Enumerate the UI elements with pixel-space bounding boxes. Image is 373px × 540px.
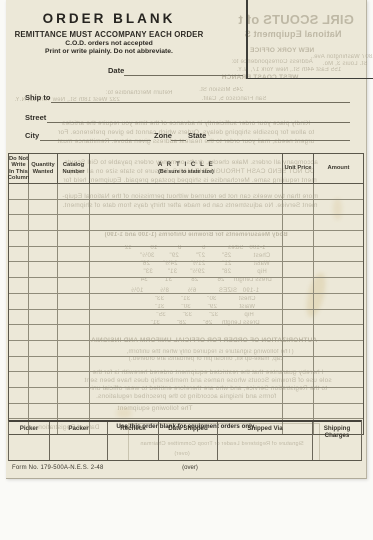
order-table-empty-row — [9, 325, 363, 341]
order-table-cell — [314, 231, 363, 246]
column-header-quantity: Quantity Wanted — [29, 154, 58, 183]
order-table-cell — [283, 278, 314, 293]
order-table-cell — [29, 231, 58, 246]
order-table-cell — [9, 372, 29, 387]
column-header-unit-price: Unit Price — [283, 154, 314, 183]
order-table-cell — [58, 262, 90, 277]
shipping-table: Picker Packer Recheck Date Shipped Shipp… — [8, 420, 362, 461]
order-table-cell — [9, 325, 29, 340]
order-table-cell — [58, 294, 90, 309]
order-table-cell — [58, 388, 90, 403]
order-table-body: Use this order blank for equipment order… — [9, 184, 363, 434]
order-table-cell — [314, 388, 363, 403]
order-table-cell — [29, 404, 58, 419]
order-table-cell — [58, 247, 90, 262]
order-table-cell — [9, 184, 29, 199]
order-table-cell — [9, 388, 29, 403]
order-table-cell — [29, 357, 58, 372]
order-table-cell — [283, 247, 314, 262]
order-table-cell — [314, 247, 363, 262]
order-table-empty-row — [9, 357, 363, 373]
order-table-cell — [314, 404, 363, 419]
shipping-column-picker: Picker — [9, 422, 50, 460]
date-label: Date — [108, 66, 124, 75]
order-table-cell — [29, 200, 58, 215]
order-table-cell — [90, 404, 283, 419]
order-table-cell — [283, 215, 314, 230]
order-table-cell — [58, 341, 90, 356]
order-table-cell — [58, 404, 90, 419]
order-table-cell — [283, 341, 314, 356]
order-table-cell — [283, 404, 314, 419]
order-table-cell — [58, 215, 90, 230]
order-table-cell — [9, 215, 29, 230]
order-table-cell — [90, 357, 283, 372]
order-table-empty-row — [9, 388, 363, 404]
form-title: ORDER BLANK — [0, 11, 218, 26]
order-table-cell — [90, 372, 283, 387]
order-table-cell — [9, 247, 29, 262]
order-table-cell — [90, 262, 283, 277]
article-header-sub: (Be sure to state size) — [158, 169, 214, 175]
order-table-cell — [314, 372, 363, 387]
order-table-cell — [90, 215, 283, 230]
order-table-empty-row — [9, 184, 363, 200]
order-table-cell — [314, 184, 363, 199]
order-table-empty-row — [9, 294, 363, 310]
order-table-empty-row — [9, 200, 363, 216]
order-table-cell — [58, 310, 90, 325]
order-table-cell — [29, 184, 58, 199]
order-table-cell — [314, 278, 363, 293]
print-plainly-notice: Print or write plainly. Do not abbreviat… — [0, 48, 218, 55]
column-header-article: A R T I C L E (Be sure to state size) — [90, 154, 283, 183]
order-table-cell — [9, 341, 29, 356]
order-table-cell — [283, 310, 314, 325]
order-table-cell — [29, 388, 58, 403]
order-table-cell — [283, 200, 314, 215]
order-table-cell — [283, 294, 314, 309]
order-table-cell — [58, 357, 90, 372]
order-table-cell — [29, 341, 58, 356]
column-header-amount: Amount — [314, 154, 363, 183]
cod-notice: C.O.D. orders not accepted — [0, 40, 218, 47]
order-table-cell — [283, 372, 314, 387]
order-table-cell — [314, 262, 363, 277]
order-table-cell — [283, 184, 314, 199]
order-table-cell — [29, 215, 58, 230]
shipping-column-shipped-via: Shipped Via — [218, 422, 313, 460]
order-table-empty-row — [9, 372, 363, 388]
order-table-header: Do Not Write In This Column Quantity Wan… — [9, 154, 363, 184]
order-table-cell — [58, 231, 90, 246]
order-table-cell — [90, 310, 283, 325]
order-table-cell — [283, 231, 314, 246]
overlapping-sheet-corner-mark-horizontal — [246, 78, 373, 80]
order-table-cell — [314, 200, 363, 215]
order-table-cell — [314, 294, 363, 309]
order-table-cell — [9, 278, 29, 293]
order-table-empty-row — [9, 247, 363, 263]
order-table-cell — [58, 278, 90, 293]
ship-to-blank-line — [51, 101, 350, 103]
overlapping-sheet-corner-mark-vertical — [246, 0, 248, 79]
order-table-cell — [90, 278, 283, 293]
order-table-cell — [314, 357, 363, 372]
order-table-cell — [314, 310, 363, 325]
order-table-cell — [9, 262, 29, 277]
order-table-cell — [9, 294, 29, 309]
order-table-cell — [29, 372, 58, 387]
order-table-cell — [90, 294, 283, 309]
city-label: City — [25, 131, 39, 140]
state-label: State — [188, 131, 206, 140]
order-table-cell — [29, 310, 58, 325]
order-table-cell — [314, 341, 363, 356]
order-table-cell — [9, 310, 29, 325]
remittance-notice: REMITTANCE MUST ACCOMPANY EACH ORDER — [0, 30, 218, 39]
order-table-cell — [9, 200, 29, 215]
order-table-cell — [314, 325, 363, 340]
order-table-cell — [29, 247, 58, 262]
order-table-cell — [9, 357, 29, 372]
ship-to-label: Ship to — [25, 93, 50, 102]
order-table-cell — [29, 278, 58, 293]
order-table-cell — [58, 372, 90, 387]
order-table-empty-row — [9, 341, 363, 357]
street-blank-line — [47, 121, 350, 123]
order-table-cell — [9, 231, 29, 246]
order-table-cell — [90, 231, 283, 246]
order-table-cell — [283, 357, 314, 372]
shipping-column-recheck: Recheck — [108, 422, 159, 460]
order-table-cell — [90, 247, 283, 262]
order-table-cell — [283, 388, 314, 403]
front-layer: ORDER BLANK REMITTANCE MUST ACCOMPANY EA… — [0, 0, 373, 540]
shipping-column-packer: Packer — [50, 422, 108, 460]
order-table-empty-row — [9, 404, 363, 420]
city-blank-line — [40, 139, 151, 141]
scanned-order-form: { "header": { "title": "ORDER BLANK", "n… — [0, 0, 373, 540]
order-table-cell — [90, 200, 283, 215]
street-label: Street — [25, 113, 46, 122]
order-table-cell — [90, 184, 283, 199]
order-table-cell — [90, 325, 283, 340]
order-table-cell — [58, 200, 90, 215]
order-table-cell — [29, 294, 58, 309]
order-table-cell — [29, 325, 58, 340]
order-table-empty-row — [9, 262, 363, 278]
date-blank-line — [124, 74, 243, 76]
order-table-cell — [58, 325, 90, 340]
order-table-empty-row — [9, 215, 363, 231]
column-header-do-not-write: Do Not Write In This Column — [9, 154, 29, 183]
column-header-catalog: Catalog Number — [58, 154, 90, 183]
zone-label: Zone — [154, 131, 172, 140]
order-table-empty-row — [9, 310, 363, 326]
order-table-cell — [9, 404, 29, 419]
order-table-cell — [90, 388, 283, 403]
order-table-cell — [314, 215, 363, 230]
order-table: Do Not Write In This Column Quantity Wan… — [8, 153, 364, 435]
shipping-column-date-shipped: Date Shipped — [159, 422, 218, 460]
order-table-cell — [29, 262, 58, 277]
order-table-empty-row — [9, 278, 363, 294]
shipping-column-shipping-charges: Shipping Charges — [313, 422, 361, 460]
order-table-cell — [283, 262, 314, 277]
zone-blank-line — [171, 139, 186, 141]
order-table-cell — [283, 325, 314, 340]
order-table-empty-row — [9, 231, 363, 247]
state-blank-line — [207, 139, 350, 141]
form-number: Form No. 179-500A-N.E.S. 2-48 — [12, 465, 104, 471]
order-table-cell — [90, 341, 283, 356]
order-table-cell — [58, 184, 90, 199]
over-label: (over) — [170, 465, 210, 471]
